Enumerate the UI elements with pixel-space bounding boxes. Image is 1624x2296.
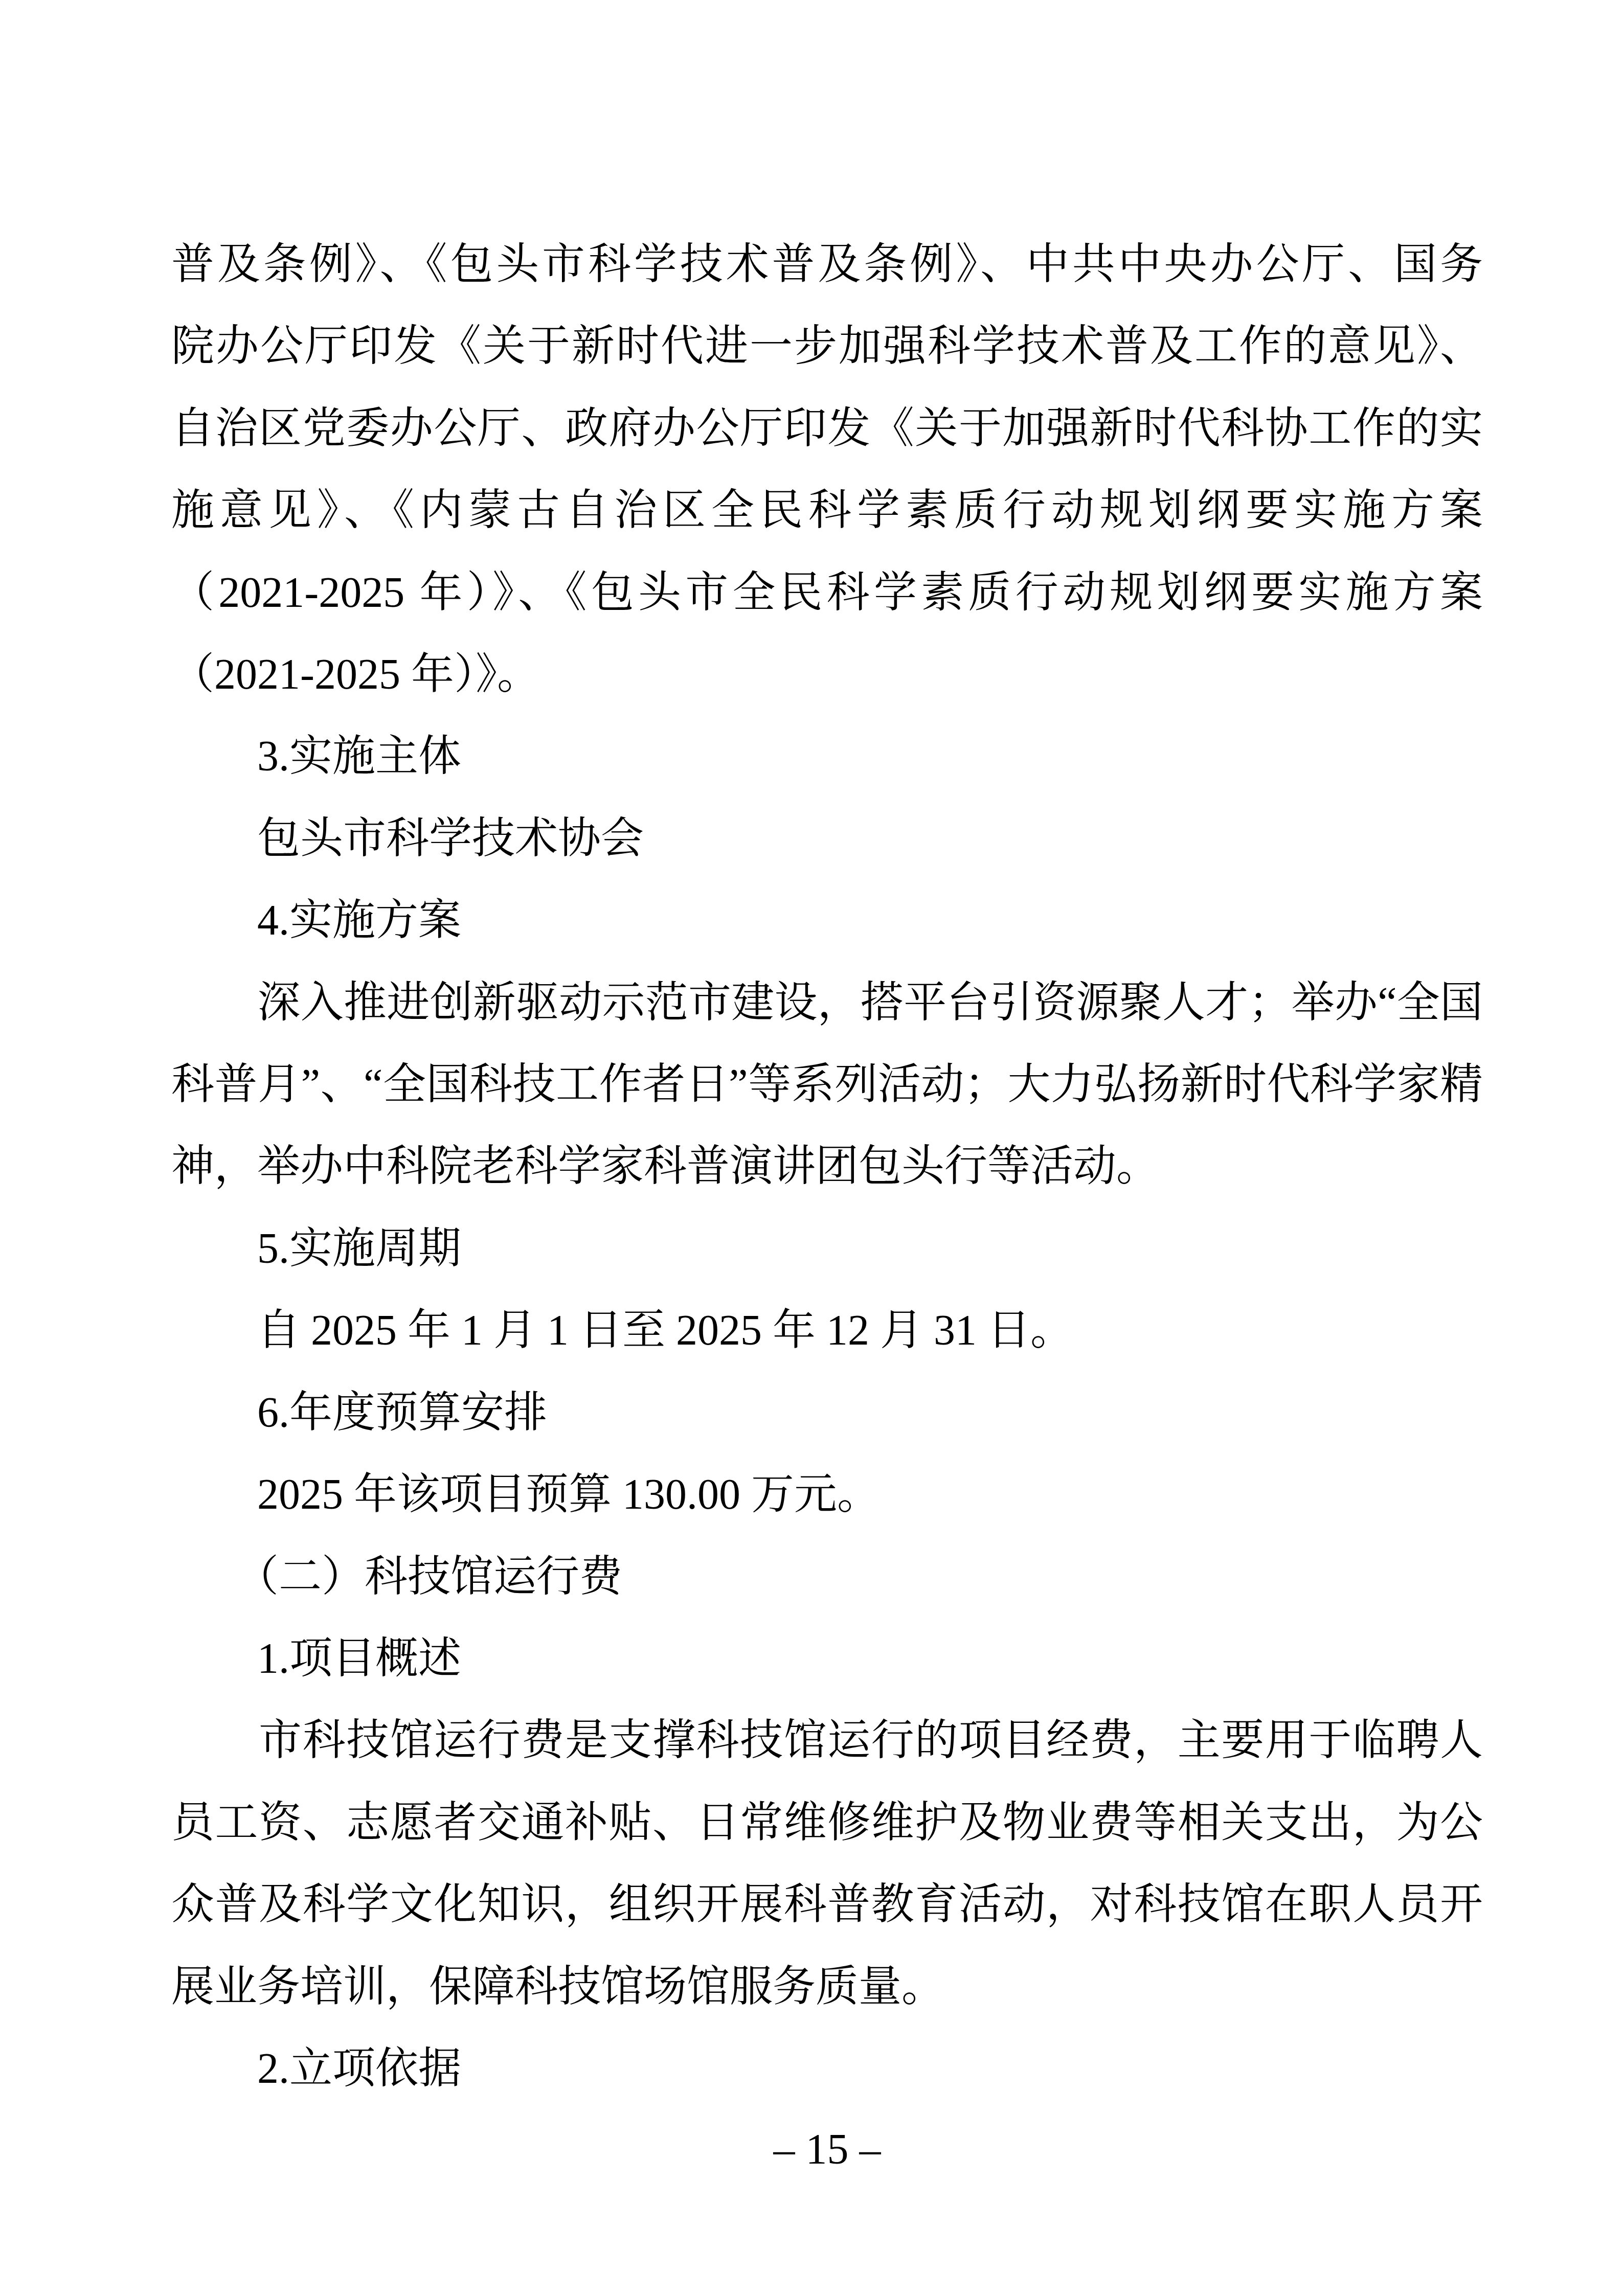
text-line: 施意见》、《内蒙古自治区全民科学素质行动规划纲要实施方案	[171, 470, 1483, 552]
text-line: 科普月”、“全国科技工作者日”等系列活动；大力弘扬新时代科学家精	[171, 1044, 1483, 1126]
text-line: 众普及科学文化知识，组织开展科普教育活动，对科技馆在职人员开	[171, 1864, 1483, 1946]
text-line: 院办公厅印发《关于新时代进一步加强科学技术普及工作的意见》、	[171, 306, 1483, 388]
section-heading-line: （二）科技馆运行费	[171, 1536, 1483, 1618]
text-line: （2021-2025 年）》、《包头市全民科学素质行动规划纲要实施方案	[171, 552, 1483, 634]
text-line: 展业务培训，保障科技馆场馆服务质量。	[171, 1946, 1483, 2028]
numbered-heading-line: 4.实施方案	[171, 880, 1483, 962]
text-line: 普及条例》、《包头市科学技术普及条例》、中共中央办公厅、国务	[171, 224, 1483, 306]
text-line: 员工资、志愿者交通补贴、日常维修维护及物业费等相关支出，为公	[171, 1782, 1483, 1864]
numbered-heading-line: 1.项目概述	[171, 1618, 1483, 1700]
numbered-heading-line: 6.年度预算安排	[171, 1372, 1483, 1454]
document-page: 普及条例》、《包头市科学技术普及条例》、中共中央办公厅、国务 院办公厅印发《关于…	[0, 0, 1624, 2296]
text-line: 神，举办中科院老科学家科普演讲团包头行等活动。	[171, 1126, 1483, 1208]
text-line: 包头市科学技术协会	[171, 798, 1483, 880]
text-line: （2021-2025 年）》。	[171, 634, 1483, 716]
numbered-heading-line: 2.立项依据	[171, 2028, 1483, 2110]
text-line: 自 2025 年 1 月 1 日至 2025 年 12 月 31 日。	[171, 1290, 1483, 1372]
text-line: 深入推进创新驱动示范市建设，搭平台引资源聚人才；举办“全国	[171, 962, 1483, 1044]
text-line: 自治区党委办公厅、政府办公厅印发《关于加强新时代科协工作的实	[171, 388, 1483, 470]
text-line: 市科技馆运行费是支撑科技馆运行的项目经费，主要用于临聘人	[171, 1700, 1483, 1782]
text-line: 2025 年该项目预算 130.00 万元。	[171, 1454, 1483, 1536]
numbered-heading-line: 5.实施周期	[171, 1208, 1483, 1290]
numbered-heading-line: 3.实施主体	[171, 716, 1483, 798]
document-body: 普及条例》、《包头市科学技术普及条例》、中共中央办公厅、国务 院办公厅印发《关于…	[171, 224, 1483, 2110]
page-number: – 15 –	[171, 2109, 1483, 2191]
